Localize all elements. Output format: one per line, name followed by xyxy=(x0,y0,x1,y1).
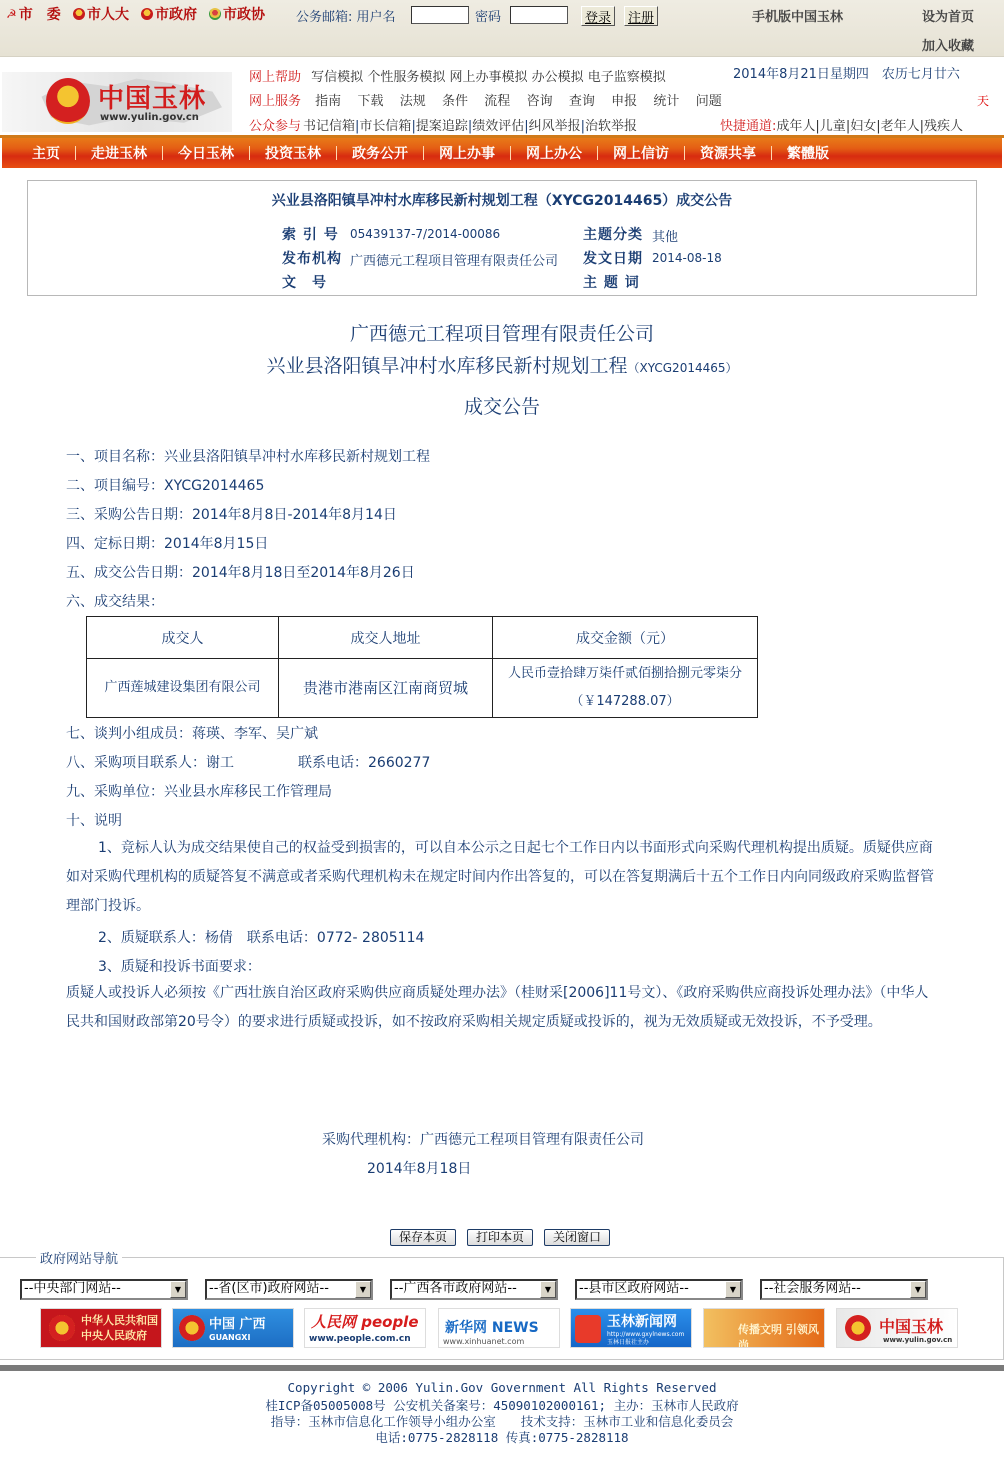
heading-project: 兴业县洛阳镇旱冲村水库移民新村规划工程（XYCG2014465） xyxy=(0,351,1004,378)
column-header-address: 成交人地址 xyxy=(279,617,493,659)
online-service-link[interactable]: 统计 xyxy=(653,94,679,109)
participation-link[interactable]: 书记信箱 xyxy=(303,119,355,134)
site-header: 中国玉林 www.yulin.gov.cn 网上帮助 写信模拟 个性服务模拟 网… xyxy=(0,58,1004,138)
quick-link-elderly[interactable]: 老年人 xyxy=(881,119,920,134)
main-nav: 主页 走进玉林 今日玉林 投资玉林 政务公开 网上办事 网上办公 网上信访 资源… xyxy=(2,138,1002,168)
phone-fax-text: 电话:0775-2828118 传真:0775-2828118 xyxy=(0,1428,1004,1446)
banner-china-yulin[interactable]: 中国玉林 www.yulin.gov.cn xyxy=(836,1308,958,1348)
heading-company: 广西德元工程项目管理有限责任公司 xyxy=(0,319,1004,346)
chevron-down-icon: ▼ xyxy=(725,1281,741,1298)
quick-link-disabled[interactable]: 残疾人 xyxy=(924,119,963,134)
save-page-button[interactable]: 保存本页 xyxy=(390,1229,456,1246)
set-homepage-link[interactable]: 设为首页 xyxy=(922,6,974,25)
item-negotiation-team: 七、谈判小组成员：蒋瑛、李军、吴广斌 xyxy=(66,723,318,743)
cppcc-emblem-icon xyxy=(209,8,221,20)
online-help-link[interactable]: 办公模拟 xyxy=(532,70,584,85)
chevron-down-icon: ▼ xyxy=(540,1281,556,1298)
link-city-committee[interactable]: ☭ 市 委 xyxy=(6,4,61,24)
nav-resource-sharing[interactable]: 资源共享 xyxy=(685,143,771,163)
online-service-link[interactable]: 法规 xyxy=(400,94,426,109)
quick-link-women[interactable]: 妇女 xyxy=(850,119,876,134)
item-contact-phone: 联系电话：2660277 xyxy=(298,752,430,772)
banner-civilization[interactable]: 传播文明 引领风尚 xyxy=(703,1308,825,1348)
item-deal-result: 六、成交结果： xyxy=(66,591,164,611)
username-input[interactable] xyxy=(411,6,469,24)
item-project-name: 一、项目名称：兴业县洛阳镇旱冲村水库移民新村规划工程 xyxy=(66,446,430,466)
guangxi-cities-select[interactable]: --广西各市政府网站--▼ xyxy=(390,1279,558,1300)
banner-yulin-news[interactable]: 玉林新闻网 http://www.gxylnews.com 玉林日报社主办 xyxy=(570,1308,692,1348)
national-emblem-icon xyxy=(845,1315,871,1341)
password-input[interactable] xyxy=(510,6,568,24)
column-header-amount: 成交金额（元） xyxy=(493,617,758,659)
chevron-down-icon: ▼ xyxy=(910,1281,926,1298)
document-title: 兴业县洛阳镇旱冲村水库移民新村规划工程（XYCG2014465）成交公告 xyxy=(28,190,976,210)
publish-date-value: 2014-08-18 xyxy=(652,251,722,265)
online-help-link[interactable]: 写信模拟 xyxy=(311,70,363,85)
government-sites-nav-title: 政府网站导航 xyxy=(36,1248,122,1267)
category-label: 主题分类 xyxy=(583,224,643,244)
online-help-link[interactable]: 个性服务模拟 xyxy=(367,70,445,85)
participation-link[interactable]: 纠风举报 xyxy=(529,119,581,134)
index-number-value: 05439137-7/2014-00086 xyxy=(350,227,500,241)
party-emblem-icon: ☭ xyxy=(6,7,17,21)
chevron-down-icon: ▼ xyxy=(170,1281,186,1298)
nav-invest-yulin[interactable]: 投资玉林 xyxy=(250,143,336,163)
item-deal-notice-date: 五、成交公告日期：2014年8月18日至2014年8月26日 xyxy=(66,562,415,582)
item-award-date: 四、定标日期：2014年8月15日 xyxy=(66,533,268,553)
national-emblem-icon xyxy=(49,1315,75,1341)
add-favorite-link[interactable]: 加入收藏 xyxy=(922,35,974,54)
print-page-button[interactable]: 打印本页 xyxy=(467,1229,533,1246)
online-help-row: 网上帮助 写信模拟 个性服务模拟 网上办事模拟 办公模拟 电子监察模拟 xyxy=(249,66,666,85)
link-city-npc[interactable]: 市人大 xyxy=(73,4,129,24)
national-emblem-icon xyxy=(179,1315,205,1341)
cell-winner: 广西莲城建设集团有限公司 xyxy=(87,659,279,718)
close-window-button[interactable]: 关闭窗口 xyxy=(544,1229,610,1246)
password-label: 密码 xyxy=(475,6,501,25)
banner-china-guangxi[interactable]: 中国 广西 GUANGXI xyxy=(172,1308,294,1348)
column-header-winner: 成交人 xyxy=(87,617,279,659)
login-button[interactable]: 登录 xyxy=(581,6,615,26)
index-number-label: 索 引 号 xyxy=(282,224,339,244)
national-emblem-icon xyxy=(73,8,85,20)
nav-today-yulin[interactable]: 今日玉林 xyxy=(163,143,249,163)
purchasing-agency: 采购代理机构：广西德元工程项目管理有限责任公司 xyxy=(322,1129,644,1149)
banner-people-daily[interactable]: 人民网 people www.people.com.cn xyxy=(304,1308,426,1348)
nav-online-office[interactable]: 网上办公 xyxy=(511,143,597,163)
cell-amount: 人民币壹拾肆万柒仟贰佰捌拾捌元零柒分（￥147288.07） xyxy=(493,659,758,718)
online-service-link[interactable]: 问题 xyxy=(696,94,722,109)
item-notes-heading: 十、说明 xyxy=(66,810,122,830)
participation-link[interactable]: 治软举报 xyxy=(585,119,637,134)
nav-home[interactable]: 主页 xyxy=(2,143,75,163)
signature-date: 2014年8月18日 xyxy=(367,1158,471,1178)
nav-government-affairs[interactable]: 政务公开 xyxy=(337,143,423,163)
nav-about-yulin[interactable]: 走进玉林 xyxy=(76,143,162,163)
link-city-cppcc[interactable]: 市政协 xyxy=(209,4,265,24)
participation-link[interactable]: 市长信箱 xyxy=(359,119,411,134)
note-2: 2、质疑联系人：杨倩 联系电话：0772- 2805114 xyxy=(98,927,424,947)
top-bar: ☭ 市 委 市人大 市政府 市政协 公务邮箱: 用户名 密码 登录 注册 手机版… xyxy=(0,0,1004,57)
national-emblem-icon xyxy=(46,78,90,124)
current-date: 2014年8月21日星期四 农历七月廿六 xyxy=(733,63,960,82)
weather-text: 天 xyxy=(977,92,989,109)
table-row: 广西莲城建设集团有限公司 贵港市港南区江南商贸城 人民币壹拾肆万柒仟贰佰捌拾捌元… xyxy=(87,659,758,718)
note-3-body: 质疑人或投诉人必须按《广西壮族自治区政府采购供应商质疑处理办法》（桂财采[200… xyxy=(66,979,936,1037)
nav-online-services[interactable]: 网上办事 xyxy=(424,143,510,163)
online-service-link[interactable]: 流程 xyxy=(484,94,510,109)
site-logo[interactable]: 中国玉林 www.yulin.gov.cn xyxy=(2,72,232,132)
publisher-value: 广西德元工程项目管理有限责任公司 xyxy=(350,250,558,269)
document-number-label: 文 号 xyxy=(282,272,327,292)
item-announcement-date: 三、采购公告日期：2014年8月8日-2014年8月14日 xyxy=(66,504,397,524)
nav-traditional-chinese[interactable]: 繁體版 xyxy=(772,143,844,163)
mail-username-label: 公务邮箱: 用户名 xyxy=(296,6,396,25)
banner-central-government[interactable]: 中华人民共和国 中央人民政府 xyxy=(40,1308,162,1348)
register-button[interactable]: 注册 xyxy=(624,6,658,26)
online-service-link[interactable]: 申报 xyxy=(611,94,637,109)
deal-result-table: 成交人 成交人地址 成交金额（元） 广西莲城建设集团有限公司 贵港市港南区江南商… xyxy=(86,616,758,718)
provincial-governments-select[interactable]: --省(区市)政府网站--▼ xyxy=(205,1279,373,1300)
category-value: 其他 xyxy=(652,226,678,245)
online-service-link[interactable]: 下载 xyxy=(357,94,383,109)
keywords-label: 主 题 词 xyxy=(583,272,640,292)
banner-xinhua[interactable]: 新华网 NEWS www.xinhuanet.com xyxy=(438,1308,560,1348)
online-help-link[interactable]: 电子监察模拟 xyxy=(588,70,666,85)
quick-link-adults[interactable]: 成年人 xyxy=(776,119,815,134)
item-purchasing-unit: 九、采购单位：兴业县水库移民工作管理局 xyxy=(66,781,332,801)
mobile-version-link[interactable]: 手机版中国玉林 xyxy=(752,6,843,25)
publisher-label: 发布机构 xyxy=(282,248,342,268)
online-service-link[interactable]: 指南 xyxy=(315,94,341,109)
online-service-link[interactable]: 条件 xyxy=(442,94,468,109)
quick-access-row: 快捷通道:成年人|儿童|妇女|老年人|残疾人 xyxy=(720,115,963,134)
cell-address: 贵港市港南区江南商贸城 xyxy=(279,659,493,718)
nav-online-petition[interactable]: 网上信访 xyxy=(598,143,684,163)
online-service-row: 网上服务 指南 下载 法规 条件 流程 咨询 查询 申报 统计 问题 xyxy=(249,90,722,109)
online-help-link[interactable]: 网上办事模拟 xyxy=(449,70,527,85)
item-project-number: 二、项目编号：XYCG2014465 xyxy=(66,475,264,495)
participation-link[interactable]: 提案追踪 xyxy=(416,119,468,134)
copyright-text: Copyright © 2006 Yulin.Gov Government Al… xyxy=(0,1380,1004,1395)
online-service-link[interactable]: 咨询 xyxy=(527,94,553,109)
link-city-government[interactable]: 市政府 xyxy=(141,4,197,24)
check-logo-icon xyxy=(575,1315,601,1343)
participation-link[interactable]: 绩效评估 xyxy=(472,119,524,134)
publish-date-label: 发文日期 xyxy=(583,248,643,268)
county-governments-select[interactable]: --县市区政府网站--▼ xyxy=(575,1279,743,1300)
chevron-down-icon: ▼ xyxy=(355,1281,371,1298)
heading-notice: 成交公告 xyxy=(0,392,1004,419)
social-services-select[interactable]: --社会服务网站--▼ xyxy=(760,1279,928,1300)
note-1: 1、竞标人认为成交结果使自己的权益受到损害的，可以自本公示之日起七个工作日内以书… xyxy=(66,834,936,921)
public-participation-row: 公众参与书记信箱|市长信箱|提案追踪|绩效评估|纠风举报|治软举报 xyxy=(249,115,637,134)
table-header-row: 成交人 成交人地址 成交金额（元） xyxy=(87,617,758,659)
item-contact-person: 八、采购项目联系人：谢工 xyxy=(66,752,234,772)
heading-project-code: （XYCG2014465） xyxy=(627,361,737,375)
footer-divider xyxy=(0,1365,1004,1371)
central-departments-select[interactable]: --中央部门网站--▼ xyxy=(20,1279,188,1300)
quick-link-children[interactable]: 儿童 xyxy=(820,119,846,134)
document-info-box: 兴业县洛阳镇旱冲村水库移民新村规划工程（XYCG2014465）成交公告 索 引… xyxy=(27,180,977,296)
note-3: 3、质疑和投诉书面要求： xyxy=(98,956,261,976)
national-emblem-icon xyxy=(141,8,153,20)
online-service-link[interactable]: 查询 xyxy=(569,94,595,109)
